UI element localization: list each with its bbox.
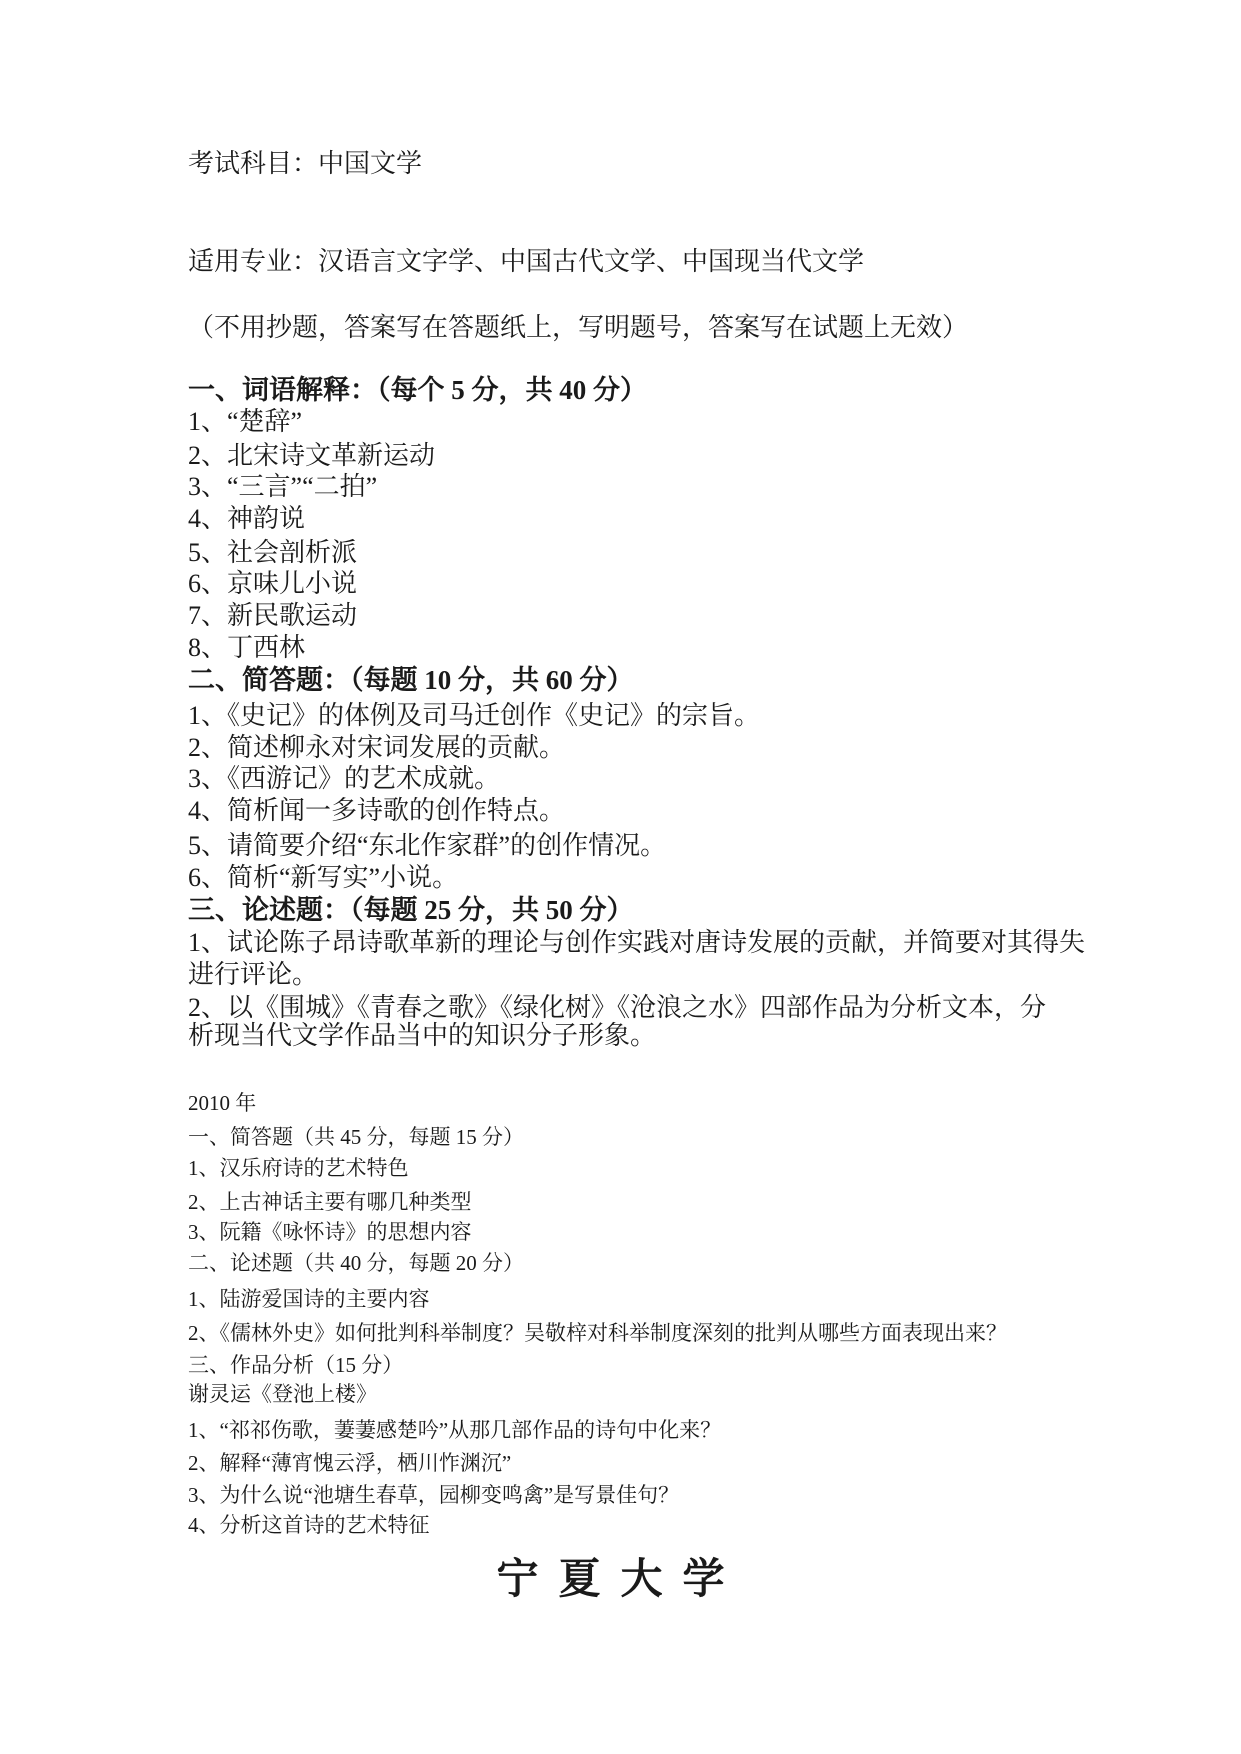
university-title: 宁夏大学: [0, 1556, 1241, 1604]
section-heading: 二、简答题：（每题 10 分，共 60 分）: [188, 665, 634, 696]
document-line: 一、简答题（共 45 分，每题 15 分）: [188, 1125, 524, 1149]
document-line: 5、请简要介绍“东北作家群”的创作情况。: [188, 831, 666, 861]
section-heading: 三、论述题：（每题 25 分，共 50 分）: [188, 895, 634, 926]
document-line: 进行评论。: [188, 960, 318, 990]
document-line: 谢灵运《登池上楼》: [188, 1382, 377, 1406]
document-line: 1、汉乐府诗的艺术特色: [188, 1156, 409, 1180]
document-line: 3、为什么说“池塘生春草，园柳变鸣禽”是写景佳句？: [188, 1483, 679, 1507]
document-line: 3、“三言”“二拍”: [188, 472, 377, 502]
document-line: 1、“楚辞”: [188, 407, 302, 437]
document-line: 析现当代文学作品当中的知识分子形象。: [188, 1021, 656, 1051]
document-line: 考试科目：中国文学: [188, 149, 422, 179]
document-line: 2、北宋诗文革新运动: [188, 441, 435, 471]
document-line: 三、作品分析（15 分）: [188, 1353, 403, 1377]
document-line: 2、解释“薄宵愧云浮，栖川怍渊沉”: [188, 1451, 511, 1475]
document-line: 二、论述题（共 40 分，每题 20 分）: [188, 1251, 524, 1275]
document-line: 6、简析“新写实”小说。: [188, 863, 458, 893]
document-line: 8、丁西林: [188, 633, 305, 663]
document-line: 1、试论陈子昂诗歌革新的理论与创作实践对唐诗发展的贡献，并简要对其得失: [188, 928, 1085, 958]
document-line: 7、新民歌运动: [188, 601, 357, 631]
document-line: 4、简析闻一多诗歌的创作特点。: [188, 796, 565, 826]
document-line: 2、以《围城》《青春之歌》《绿化树》《沧浪之水》四部作品为分析文本，分: [188, 993, 1046, 1023]
document-line: （不用抄题，答案写在答题纸上，写明题号，答案写在试题上无效）: [188, 313, 968, 343]
document-line: 2010 年: [188, 1091, 256, 1115]
document-line: 3、《西游记》的艺术成就。: [188, 764, 500, 794]
document-line: 1、“祁祁伤歌，萋萋感楚吟”从那几部作品的诗句中化来？: [188, 1418, 721, 1442]
document-line: 适用专业：汉语言文字学、中国古代文学、中国现当代文学: [188, 247, 864, 277]
document-line: 6、京味儿小说: [188, 569, 357, 599]
document-line: 2、上古神话主要有哪几种类型: [188, 1190, 472, 1214]
document-line: 4、神韵说: [188, 504, 305, 534]
document-line: 5、社会剖析派: [188, 538, 357, 568]
document-line: 4、分析这首诗的艺术特征: [188, 1513, 430, 1537]
document-line: 1、陆游爱国诗的主要内容: [188, 1287, 430, 1311]
document-line: 2、《儒林外史》如何批判科举制度？吴敬梓对科举制度深刻的批判从哪些方面表现出来？: [188, 1321, 1007, 1345]
document-line: 3、阮籍《咏怀诗》的思想内容: [188, 1220, 472, 1244]
document-line: 1、《史记》的体例及司马迁创作《史记》的宗旨。: [188, 701, 760, 731]
document-line: 2、简述柳永对宋词发展的贡献。: [188, 733, 565, 763]
section-heading: 一、词语解释：（每个 5 分，共 40 分）: [188, 375, 647, 406]
exam-paper-page: 考试科目：中国文学适用专业：汉语言文字学、中国古代文学、中国现当代文学（不用抄题…: [0, 0, 1241, 1754]
